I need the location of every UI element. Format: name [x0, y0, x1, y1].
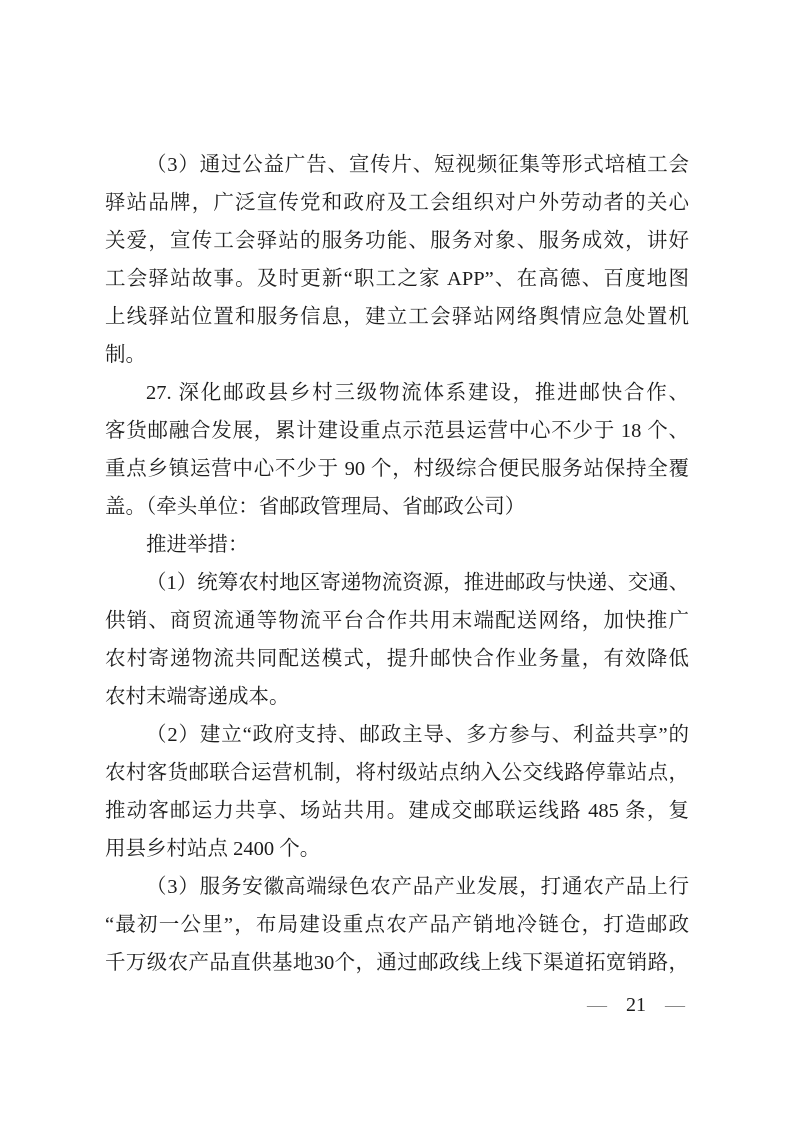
page-number: 21 [626, 994, 646, 1016]
text-line: 农村客货邮联合运营机制，将村级站点纳入公交线路停靠站点， [105, 754, 689, 792]
text-line: （3）服务安徽高端绿色农产品产业发展，打通农产品上行 [105, 868, 689, 906]
text-line: 上线驿站位置和服务信息，建立工会驿站网络舆情应急处置机 [105, 298, 689, 336]
text-line: 推进举措： [105, 526, 689, 564]
text-line: 千万级农产品直供基地30个，通过邮政线上线下渠道拓宽销路， [105, 944, 689, 982]
text-line: （3）通过公益广告、宣传片、短视频征集等形式培植工会 [105, 146, 689, 184]
footer-dash-right: — [665, 994, 685, 1016]
text-line: （1）统筹农村地区寄递物流资源，推进邮政与快递、交通、 [105, 564, 689, 602]
text-line: 工会驿站故事。及时更新“职工之家 APP”、在高德、百度地图 [105, 260, 689, 298]
text-line: 关爱，宣传工会驿站的服务功能、服务对象、服务成效，讲好 [105, 222, 689, 260]
footer-dash-left: — [587, 994, 607, 1016]
text-line: （2）建立“政府支持、邮政主导、多方参与、利益共享”的 [105, 716, 689, 754]
text-line: “最初一公里”，布局建设重点农产品产销地冷链仓，打造邮政 [105, 906, 689, 944]
text-line: 驿站品牌，广泛宣传党和政府及工会组织对户外劳动者的关心 [105, 184, 689, 222]
document-page: （3）通过公益广告、宣传片、短视频征集等形式培植工会 驿站品牌，广泛宣传党和政府… [0, 0, 793, 1122]
text-line: 用县乡村站点 2400 个。 [105, 830, 689, 868]
text-line: 制。 [105, 336, 689, 374]
text-line: 27. 深化邮政县乡村三级物流体系建设，推进邮快合作、 [105, 374, 689, 412]
text-line: 农村末端寄递成本。 [105, 678, 689, 716]
text-line: 推动客邮运力共享、场站共用。建成交邮联运线路 485 条，复 [105, 792, 689, 830]
text-line-lead-unit: 盖。（牵头单位：省邮政管理局、省邮政公司） [105, 488, 689, 526]
text-line: 农村寄递物流共同配送模式，提升邮快合作业务量，有效降低 [105, 640, 689, 678]
text-line: 重点乡镇运营中心不少于 90 个，村级综合便民服务站保持全覆 [105, 450, 689, 488]
document-body: （3）通过公益广告、宣传片、短视频征集等形式培植工会 驿站品牌，广泛宣传党和政府… [105, 146, 689, 982]
page-footer: — 21 — [587, 990, 685, 1020]
text-line: 客货邮融合发展，累计建设重点示范县运营中心不少于 18 个、 [105, 412, 689, 450]
text-line: 供销、商贸流通等物流平台合作共用末端配送网络，加快推广 [105, 602, 689, 640]
